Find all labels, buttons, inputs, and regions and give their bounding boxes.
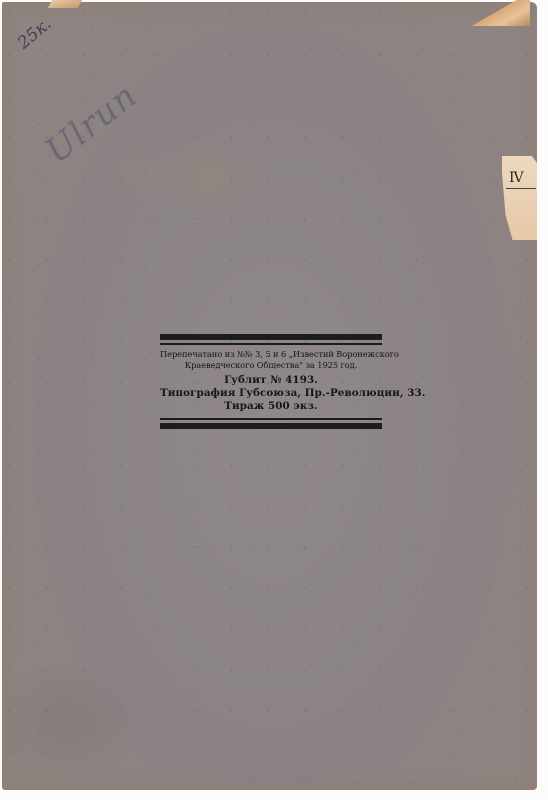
reprint-note-line-1: Перепечатано из №№ 3, 5 и 6 „Известий Во… — [160, 349, 382, 360]
torn-corner-top-left — [48, 0, 83, 8]
torn-corner-top-right — [468, 0, 530, 26]
bottom-rule-thick — [160, 423, 382, 429]
label-tab-text: IV — [509, 170, 523, 186]
printer-address: Типография Губсоюза, Пр.-Революции, 33. — [160, 387, 382, 400]
imprint-block: Перепечатано из №№ 3, 5 и 6 „Известий Во… — [160, 334, 382, 429]
gublit-number: Гублит № 4193. — [160, 374, 382, 387]
print-run: Тираж 500 экз. — [160, 400, 382, 413]
label-tab-underline — [506, 188, 536, 189]
reprint-note-line-2: Краеведческого Общества" за 1925 год. — [160, 360, 382, 371]
